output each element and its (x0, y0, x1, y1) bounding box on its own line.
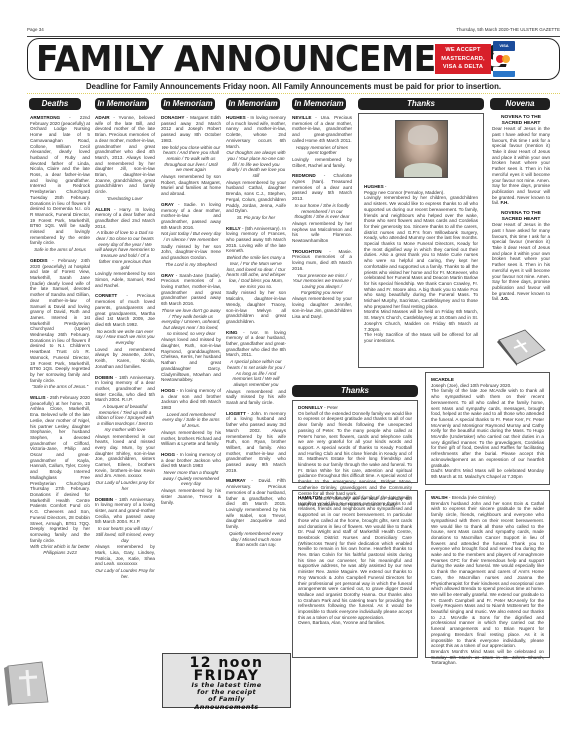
death-notice: GEDDIS - February 24th 2020 (peacefully)… (30, 258, 90, 390)
deadline-advert-box: 12 noon FRIDAY Is the latest time for th… (162, 653, 291, 708)
section-header-novena: Novena (490, 98, 550, 110)
section-header-in-memoriam-2: In Memoriam (161, 98, 215, 110)
memoriam-notice: GRAY - Sadie. In loving memory of a dear… (161, 202, 221, 268)
memoriam-notice: DONAGHY - Margaret Edith passed away 2nd… (161, 115, 221, 197)
memoriam-notice: KELLY - (5th Anniversary). In loving mem… (226, 226, 286, 325)
memoriam-notice: HOGG - In loving memory of a dear brothe… (161, 452, 221, 505)
page-number: Page 34 (27, 27, 44, 36)
deaths-column: ARMSTRONG - 22nd February 2020 (peaceful… (30, 115, 90, 561)
memoriam-notice: DOBBIN - 18th Anniversary. In loving mem… (95, 375, 155, 492)
memoriam-notice: ADAIR - Yvonne, beloved wife of the late… (95, 115, 155, 202)
memoriam-notice: ALLEN - Harry. In loving memory of a dea… (95, 207, 155, 289)
page-header: Page 34 Thursday, 5th March 2020-THE ULS… (27, 27, 560, 37)
thanks-notice-donnelly: DONNELLY - Peter On behalf of the extend… (292, 400, 418, 483)
death-notice: WILLIS - 25th February 2020 (peacefully)… (30, 395, 90, 556)
death-notice: ARMSTRONG - 22nd February 2020 (peaceful… (30, 115, 90, 253)
memoriam-notice: DOBBIN - 18th Anniversary. In loving mem… (95, 497, 155, 580)
section-header-deaths: Deaths (29, 98, 81, 110)
family-announcements-banner: FAMILY ANNOUNCEMENTS WE ACCEPT MASTERCAR… (27, 38, 560, 80)
memoriam-notice: KING - Ivor. In loving memory of a dear … (226, 330, 286, 406)
mastercard-icon (493, 54, 515, 64)
deadline-notice: Deadline for Family Announcements Friday… (27, 82, 560, 94)
memoriam-notice: TROUGHTON - Masie. Precious memories of … (292, 249, 352, 319)
memoriam-column-3: HUGHES - In loving memory of a much love… (226, 115, 286, 553)
visa-card-icon: VISA (493, 41, 515, 51)
memoriam-notice: MURRAY - David. Fifth Anniversary. Preci… (226, 478, 286, 547)
delta-card-icon (493, 67, 515, 77)
thanks-notice-hamilton: HAMILTON - We the wife and family of the… (292, 490, 418, 658)
novena-prayer: Dear Heart of Jesus in the past I have a… (492, 126, 550, 206)
memoriam-notice: NEVILLE - Una. Precious memories of a de… (292, 115, 352, 168)
memoriam-notice: LIGGETT - John. In memory of a loving hu… (226, 411, 286, 474)
memoriam-column-1: ADAIR - Yvonne, beloved wife of the late… (95, 115, 155, 584)
memoriam-notice: CORNETT - Precious memories of much love… (95, 293, 155, 369)
section-header-in-memoriam-3: In Memoriam (226, 98, 280, 110)
memoriam-notice: REDMOND - Charlotte Agnes (Nan). Treasur… (292, 173, 352, 243)
memoriam-column-4: NEVILLE - Una. Precious memories of a de… (292, 115, 352, 324)
publication-date: Thursday, 5th March 2020-THE ULSTER GAZE… (456, 27, 560, 36)
novena-prayer: Dear Heart of Jesus in the past I have a… (492, 222, 550, 302)
bible-icon (495, 328, 547, 366)
novena-column: NOVENA TO THE SACRED HEART Dear Heart of… (492, 115, 550, 307)
thanks-notice-mcardle: MCARDLE Joseph (Joe), died 10th February… (425, 372, 550, 485)
payment-cards: VISA (493, 41, 515, 77)
portrait-photo (395, 120, 448, 178)
memoriam-notice: HOGG - In loving memory of a dear son an… (161, 388, 221, 447)
memoriam-notice: GRAY - Sarah-Jane (Sadie). Precious memo… (161, 273, 221, 383)
thanks-notice-walsh: WALSH - Brenda (née Grimley) Brenda's hu… (425, 490, 550, 658)
payment-accept-badge: WE ACCEPT MASTERCARD, VISA & DELTA (435, 44, 491, 74)
section-header-in-memoriam-4: In Memoriam (292, 98, 346, 110)
section-header-thanks-2: Thanks (292, 385, 418, 397)
section-header-in-memoriam-1: In Memoriam (95, 98, 149, 110)
thanks-notice-hughes: HUGHES - Peggy nee Connor (Fernaloy, Mad… (358, 113, 484, 368)
memoriam-column-2: DONAGHY - Margaret Edith passed away 2nd… (161, 115, 221, 510)
cross-book-icon (2, 658, 52, 708)
memoriam-notice: HUGHES - In loving memory of a much love… (226, 115, 286, 221)
section-header-thanks: Thanks (358, 98, 484, 110)
